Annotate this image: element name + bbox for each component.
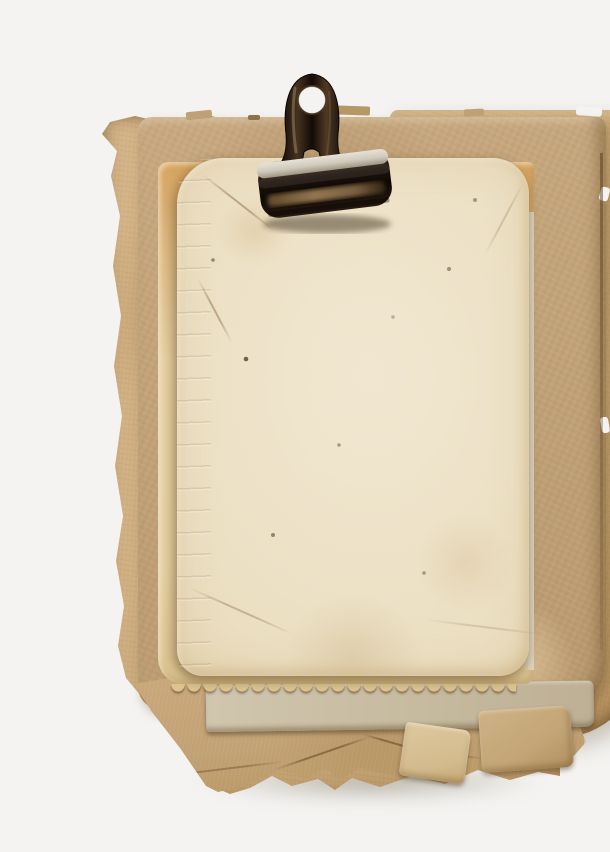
clip-body-shadow (263, 215, 391, 233)
fox-spots (177, 158, 179, 160)
torn-paper-flap-right (478, 705, 574, 773)
paper-crease (484, 182, 524, 255)
fox-spots (158, 162, 160, 164)
paper-crease (423, 619, 544, 636)
paper-crease (189, 587, 292, 634)
clip-handle-hole-rim (298, 86, 326, 114)
torn-paper-flap-center (399, 722, 472, 785)
paper-sheet-top-cream (177, 158, 529, 676)
torn-paper-crumb (464, 108, 484, 116)
scene-caption: Photograph of a stack of aged, torn vint… (40, 16, 41, 17)
clip-handle (279, 74, 345, 169)
photo-vintage-paper-stack: Photograph of a stack of aged, torn vint… (40, 16, 610, 836)
bulldog-clip (243, 62, 397, 234)
paper-crease (197, 279, 233, 344)
torn-edge-nick (576, 106, 603, 117)
fold-crease (274, 735, 371, 770)
